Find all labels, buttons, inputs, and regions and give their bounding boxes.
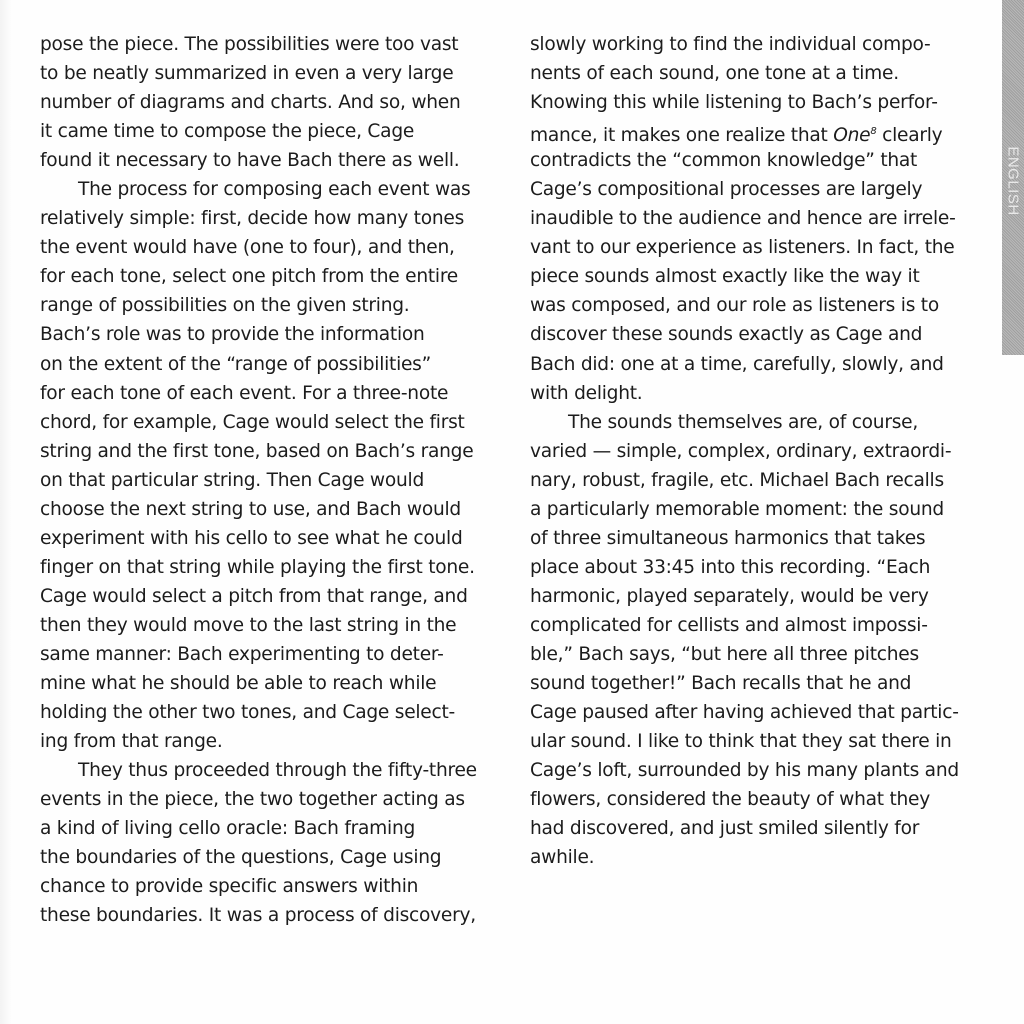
text-line: nents of each sound, one tone at a time.: [530, 59, 980, 88]
text-line: the event would have (one to four), and …: [40, 233, 510, 262]
text-line: chord, for example, Cage would select th…: [40, 408, 510, 437]
scan-edge-shadow: [0, 0, 12, 1024]
text-line: Bach did: one at a time, carefully, slow…: [530, 350, 980, 379]
text-line: vant to our experience as listeners. In …: [530, 233, 980, 262]
text-line: of three simultaneous harmonics that tak…: [530, 524, 980, 553]
text-line: varied — simple, complex, ordinary, extr…: [530, 437, 980, 466]
text-line: a kind of living cello oracle: Bach fram…: [40, 814, 510, 843]
text-line: awhile.: [530, 843, 980, 872]
text-fragment: clearly: [876, 125, 942, 146]
text-line: these boundaries. It was a process of di…: [40, 901, 510, 930]
text-line: for each tone, select one pitch from the…: [40, 262, 510, 291]
text-line: the boundaries of the questions, Cage us…: [40, 843, 510, 872]
text-line: mine what he should be able to reach whi…: [40, 669, 510, 698]
text-line: to be neatly summarized in even a very l…: [40, 59, 510, 88]
text-line: finger on that string while playing the …: [40, 553, 510, 582]
text-line: same manner: Bach experimenting to deter…: [40, 640, 510, 669]
text-line: slowly working to find the individual co…: [530, 30, 980, 59]
text-line: flowers, considered the beauty of what t…: [530, 785, 980, 814]
text-line: place about 33:45 into this recording. “…: [530, 553, 980, 582]
text-line: a particularly memorable moment: the sou…: [530, 495, 980, 524]
text-line: found it necessary to have Bach there as…: [40, 146, 510, 175]
paragraph-start-line: The sounds themselves are, of course,: [530, 408, 980, 437]
text-line: it came time to compose the piece, Cage: [40, 117, 510, 146]
language-side-tab: ENGLISH: [1002, 0, 1024, 355]
text-line: on the extent of the “range of possibili…: [40, 350, 510, 379]
document-page: pose the piece. The possibilities were t…: [0, 0, 1024, 1024]
text-line: Cage paused after having achieved that p…: [530, 698, 980, 727]
work-title: One: [833, 125, 870, 146]
text-line: with delight.: [530, 379, 980, 408]
text-line: sound together!” Bach recalls that he an…: [530, 669, 980, 698]
text-line: events in the piece, the two together ac…: [40, 785, 510, 814]
text-line: complicated for cellists and almost impo…: [530, 611, 980, 640]
text-line: Cage would select a pitch from that rang…: [40, 582, 510, 611]
paragraph-start-line: The process for composing each event was: [40, 175, 510, 204]
text-line: piece sounds almost exactly like the way…: [530, 262, 980, 291]
text-line: chance to provide specific answers withi…: [40, 872, 510, 901]
paragraph-start-line: They thus proceeded through the fifty-th…: [40, 756, 510, 785]
text-line: Knowing this while listening to Bach’s p…: [530, 88, 980, 117]
text-line: contradicts the “common knowledge” that: [530, 146, 980, 175]
text-line: for each tone of each event. For a three…: [40, 379, 510, 408]
text-line: ing from that range.: [40, 727, 510, 756]
right-text-column: slowly working to find the individual co…: [530, 30, 980, 872]
text-line: on that particular string. Then Cage wou…: [40, 466, 510, 495]
text-line: holding the other two tones, and Cage se…: [40, 698, 510, 727]
text-line: then they would move to the last string …: [40, 611, 510, 640]
text-fragment: mance, it makes one realize that: [530, 125, 833, 146]
text-line: Cage’s compositional processes are large…: [530, 175, 980, 204]
text-line: pose the piece. The possibilities were t…: [40, 30, 510, 59]
left-text-column: pose the piece. The possibilities were t…: [40, 30, 510, 930]
text-line-with-title: mance, it makes one realize that One8 cl…: [530, 117, 980, 146]
text-line: had discovered, and just smiled silently…: [530, 814, 980, 843]
text-line: ble,” Bach says, “but here all three pit…: [530, 640, 980, 669]
text-line: experiment with his cello to see what he…: [40, 524, 510, 553]
text-line: string and the first tone, based on Bach…: [40, 437, 510, 466]
text-line: Cage’s loft, surrounded by his many plan…: [530, 756, 980, 785]
text-line: discover these sounds exactly as Cage an…: [530, 320, 980, 349]
text-line: harmonic, played separately, would be ve…: [530, 582, 980, 611]
text-line: ular sound. I like to think that they sa…: [530, 727, 980, 756]
text-line: number of diagrams and charts. And so, w…: [40, 88, 510, 117]
language-tab-label: ENGLISH: [1005, 146, 1022, 215]
text-line: Bach’s role was to provide the informati…: [40, 320, 510, 349]
text-line: was composed, and our role as listeners …: [530, 291, 980, 320]
text-line: inaudible to the audience and hence are …: [530, 204, 980, 233]
text-line: range of possibilities on the given stri…: [40, 291, 510, 320]
text-line: choose the next string to use, and Bach …: [40, 495, 510, 524]
text-line: relatively simple: first, decide how man…: [40, 204, 510, 233]
text-line: nary, robust, fragile, etc. Michael Bach…: [530, 466, 980, 495]
